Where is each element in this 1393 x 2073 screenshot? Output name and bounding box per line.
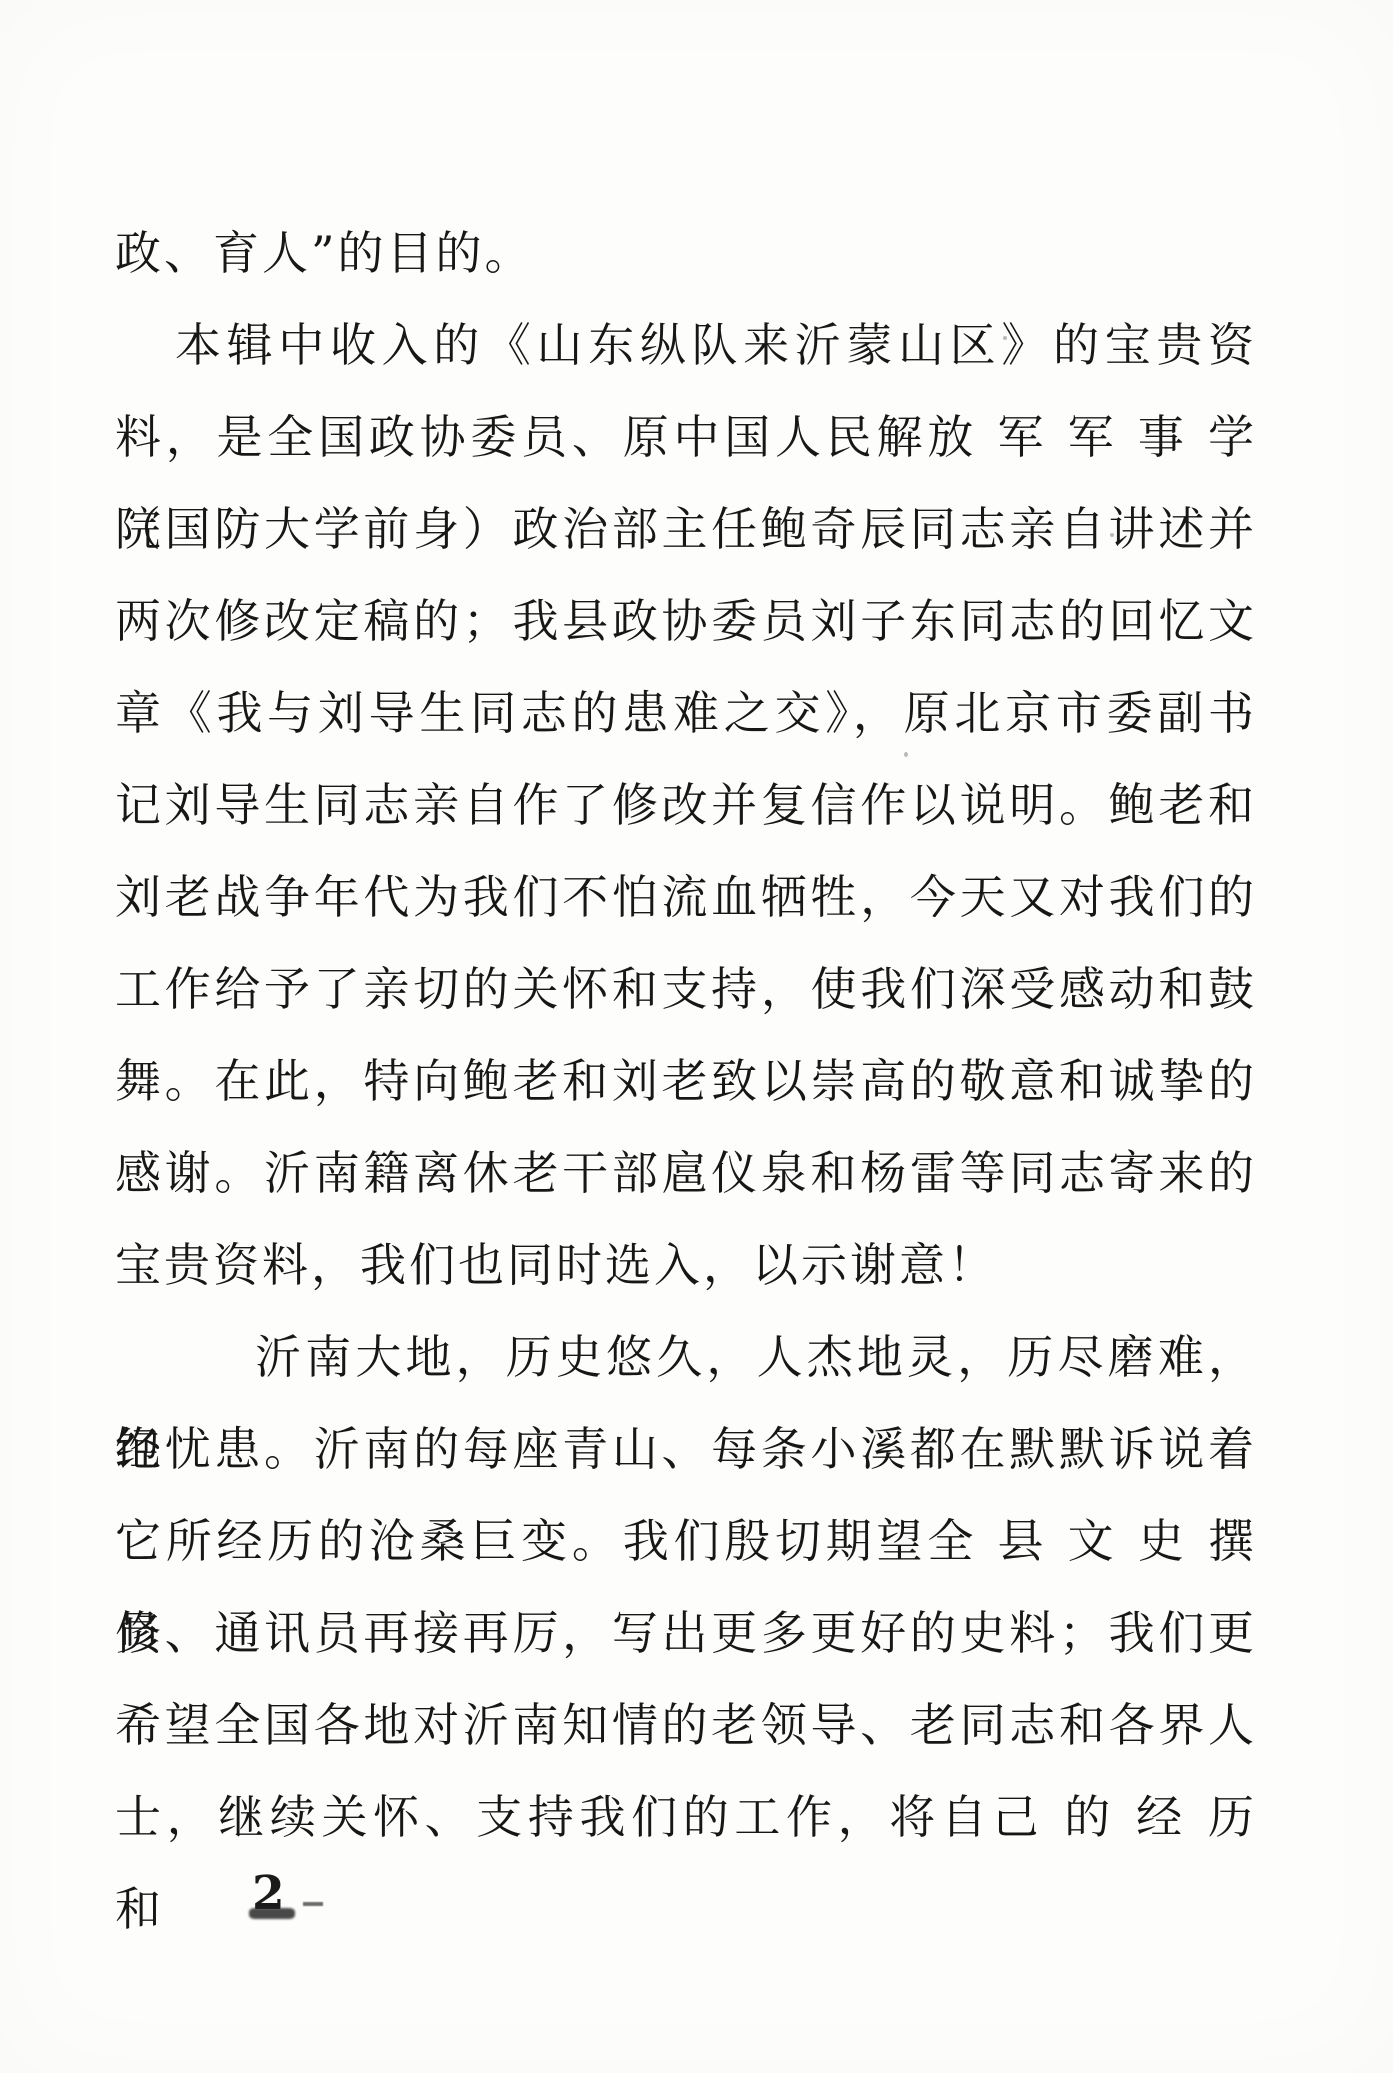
text-line: （国防大学前身）政治部主任鲍奇辰同志亲自讲述并 [115,483,1257,575]
scan-speck [904,752,908,757]
ink-smudge [249,1908,295,1919]
scanned-book-page: 政、育人”的目的。本辑中收入的《山东纵队来沂蒙山区》的宝贵资料，是全国政协委员、… [0,0,1393,2073]
text-line: 感谢。沂南籍离休老干部扈仪泉和杨雷等同志寄来的 [115,1127,1257,1219]
scan-speck [1110,533,1114,537]
text-line: 记刘导生同志亲自作了修改并复信作以说明。鲍老和 [115,759,1257,851]
text-line: 沂南大地，历史悠久，人杰地灵，历尽磨难，饱 [115,1311,1257,1403]
text-line: 希望全国各地对沂南知情的老领导、老同志和各界人 [115,1679,1257,1771]
text-line: 员、通讯员再接再厉，写出更多更好的史料；我们更 [115,1587,1257,1679]
text-line: 政、育人”的目的。 [115,207,1257,299]
ink-smudge-dash [303,1902,323,1906]
text-line: 本辑中收入的《山东纵队来沂蒙山区》的宝贵资 [115,299,1257,391]
text-line: 两次修改定稿的；我县政协委员刘子东同志的回忆文 [115,575,1257,667]
text-line: 工作给予了亲切的关怀和支持，使我们深受感动和鼓 [115,943,1257,1035]
text-line: 它所经历的沧桑巨变。我们殷切期望全 县 文 史 撰 修 [115,1495,1257,1587]
text-line: 章《我与刘导生同志的患难之交》，原北京市委副书 [115,667,1257,759]
text-line: 士，继续关怀、支持我们的工作，将自己 的 经 历 和 [115,1771,1257,1863]
text-line: 舞。在此，特向鲍老和刘老致以崇高的敬意和诚挚的 [115,1035,1257,1127]
text-line: 料，是全国政协委员、原中国人民解放 军 军 事 学 院 [115,391,1257,483]
text-line: 经忧患。沂南的每座青山、每条小溪都在默默诉说着 [115,1403,1257,1495]
text-line: 宝贵资料，我们也同时选入，以示谢意！ [115,1219,1257,1311]
text-line: 刘老战争年代为我们不怕流血牺牲，今天又对我们的 [115,851,1257,943]
document-body: 政、育人”的目的。本辑中收入的《山东纵队来沂蒙山区》的宝贵资料，是全国政协委员、… [115,207,1257,1863]
scan-speck [1003,336,1007,340]
